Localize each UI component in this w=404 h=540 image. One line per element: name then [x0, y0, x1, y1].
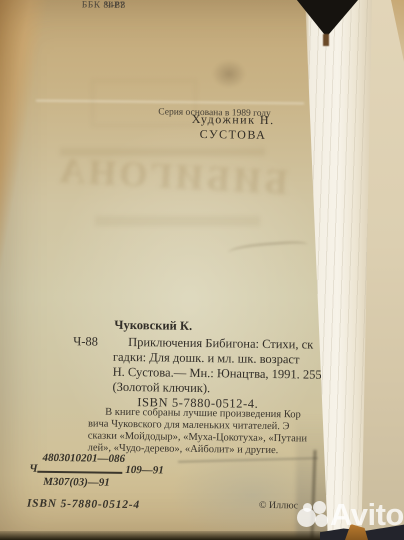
avito-logo-icon: [315, 514, 328, 527]
avito-logo-icon: [297, 508, 316, 527]
card-author: Чуковский К.: [114, 318, 192, 334]
page-gap-speck: [323, 34, 329, 46]
catalog-index-letter: Ч: [29, 463, 37, 475]
footer-isbn: ISBN 5-7880-0512-4: [27, 498, 140, 512]
avito-watermark-text: Avito: [330, 497, 404, 533]
catalog-fraction-line: [37, 471, 122, 474]
copyright-note: © Иллюс: [259, 500, 298, 512]
series-block: Серия основана в 1989 году Художник Н. С…: [158, 107, 308, 109]
avito-logo-icon: [313, 501, 326, 514]
card-description-line: (Золотой ключик).: [112, 380, 210, 396]
card-index-code: Ч-88: [73, 334, 98, 349]
catalog-index-denominator: М307(03)—91: [43, 476, 110, 489]
catalog-index-suffix: 109—91: [125, 464, 164, 477]
artist-credit: Художник Н. СУСТОВА: [158, 111, 308, 143]
author-sign-code: Ч-88: [82, 0, 126, 11]
book-page-photo: БИБИГОНА ББК 84Р7 Ч-88 Серия основана в …: [0, 0, 404, 540]
catalog-index-numerator: 4803010201—086: [42, 452, 125, 465]
